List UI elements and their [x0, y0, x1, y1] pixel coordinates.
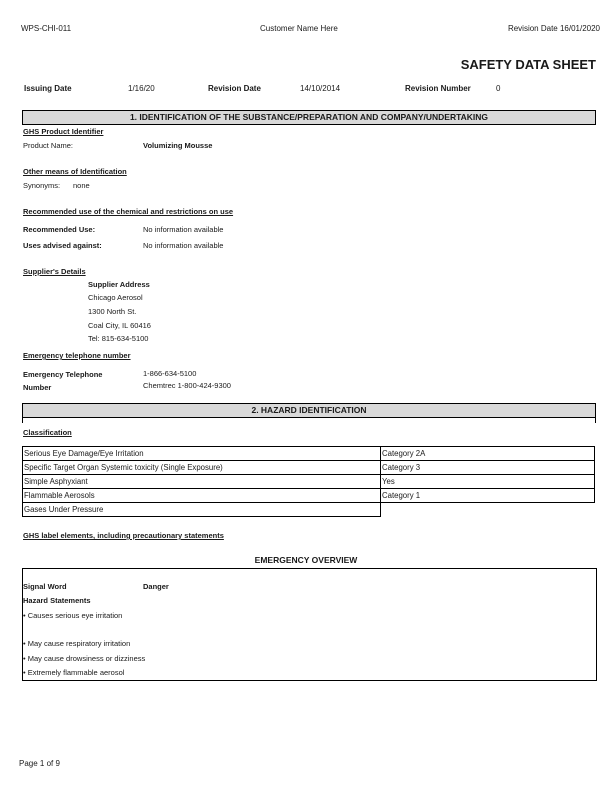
hazard-category: Category 1: [381, 489, 595, 503]
document-code: WPS-CHI-011: [21, 24, 71, 33]
table-row: Specific Target Organ Systemic toxicity …: [23, 461, 595, 475]
document-title: SAFETY DATA SHEET: [461, 57, 596, 72]
supplier-phone: Tel: 815-634-5100: [88, 334, 148, 343]
product-name-value: Volumizing Mousse: [143, 141, 212, 150]
hazard-category: [381, 503, 595, 517]
recommended-use-label: Recommended Use:: [23, 225, 95, 234]
hazard-statements-label: Hazard Statements: [23, 596, 91, 605]
revision-date-label: Revision Date: [208, 84, 261, 93]
classification-table: Serious Eye Damage/Eye Irritation Catego…: [22, 446, 595, 517]
recommended-use-heading: Recommended use of the chemical and rest…: [23, 207, 233, 216]
hazard-class: Simple Asphyxiant: [23, 475, 381, 489]
supplier-details-heading: Supplier's Details: [23, 267, 86, 276]
emergency-overview-box: [22, 568, 597, 681]
header-revision-date: Revision Date 16/01/2020: [508, 24, 600, 33]
uses-advised-against-value: No information available: [143, 241, 223, 250]
section-2-right-rule: [595, 417, 596, 423]
supplier-city: Coal City, IL 60416: [88, 321, 151, 330]
emergency-phone-label-line2: Number: [23, 383, 51, 392]
classification-heading: Classification: [23, 428, 72, 437]
ghs-label-elements-heading: GHS label elements, including precaution…: [23, 531, 224, 540]
hazard-statement: • Extremely flammable aerosol: [23, 668, 124, 677]
supplier-address-heading: Supplier Address: [88, 280, 150, 289]
revision-number-value: 0: [496, 84, 500, 93]
hazard-class: Flammable Aerosols: [23, 489, 381, 503]
section-1-header: 1. IDENTIFICATION OF THE SUBSTANCE/PREPA…: [22, 110, 596, 125]
issuing-date-value: 1/16/20: [128, 84, 155, 93]
issuing-date-label: Issuing Date: [24, 84, 72, 93]
other-means-heading: Other means of Identification: [23, 167, 127, 176]
synonyms-label: Synonyms:: [23, 181, 60, 190]
hazard-category: Category 2A: [381, 447, 595, 461]
hazard-statement: • Causes serious eye irritation: [23, 611, 122, 620]
emergency-phone-number-1: 1-866-634-5100: [143, 369, 196, 378]
emergency-phone-label-line1: Emergency Telephone: [23, 370, 102, 379]
signal-word-value: Danger: [143, 582, 169, 591]
recommended-use-value: No information available: [143, 225, 223, 234]
synonyms-value: none: [73, 181, 90, 190]
page-number: Page 1 of 9: [19, 759, 60, 768]
emergency-phone-number-2: Chemtrec 1-800-424-9300: [143, 381, 231, 390]
section-2-left-rule: [22, 417, 23, 423]
signal-word-label: Signal Word: [23, 582, 67, 591]
hazard-class: Specific Target Organ Systemic toxicity …: [23, 461, 381, 475]
table-row: Gases Under Pressure: [23, 503, 595, 517]
revision-number-label: Revision Number: [405, 84, 471, 93]
emergency-phone-heading: Emergency telephone number: [23, 351, 131, 360]
supplier-street: 1300 North St.: [88, 307, 136, 316]
uses-advised-against-label: Uses advised against:: [23, 241, 102, 250]
table-row: Serious Eye Damage/Eye Irritation Catego…: [23, 447, 595, 461]
table-row: Flammable Aerosols Category 1: [23, 489, 595, 503]
customer-name: Customer Name Here: [260, 24, 338, 33]
ghs-product-identifier-heading: GHS Product Identifier: [23, 127, 103, 136]
hazard-statement: • May cause respiratory irritation: [23, 639, 130, 648]
revision-date-value: 14/10/2014: [300, 84, 340, 93]
section-2-header: 2. HAZARD IDENTIFICATION: [22, 403, 596, 418]
hazard-category: Category 3: [381, 461, 595, 475]
supplier-company: Chicago Aerosol: [88, 293, 143, 302]
table-row: Simple Asphyxiant Yes: [23, 475, 595, 489]
hazard-class: Serious Eye Damage/Eye Irritation: [23, 447, 381, 461]
hazard-class: Gases Under Pressure: [23, 503, 381, 517]
hazard-category: Yes: [381, 475, 595, 489]
emergency-overview-title: EMERGENCY OVERVIEW: [0, 555, 612, 565]
product-name-label: Product Name:: [23, 141, 73, 150]
hazard-statement: • May cause drowsiness or dizziness: [23, 654, 145, 663]
